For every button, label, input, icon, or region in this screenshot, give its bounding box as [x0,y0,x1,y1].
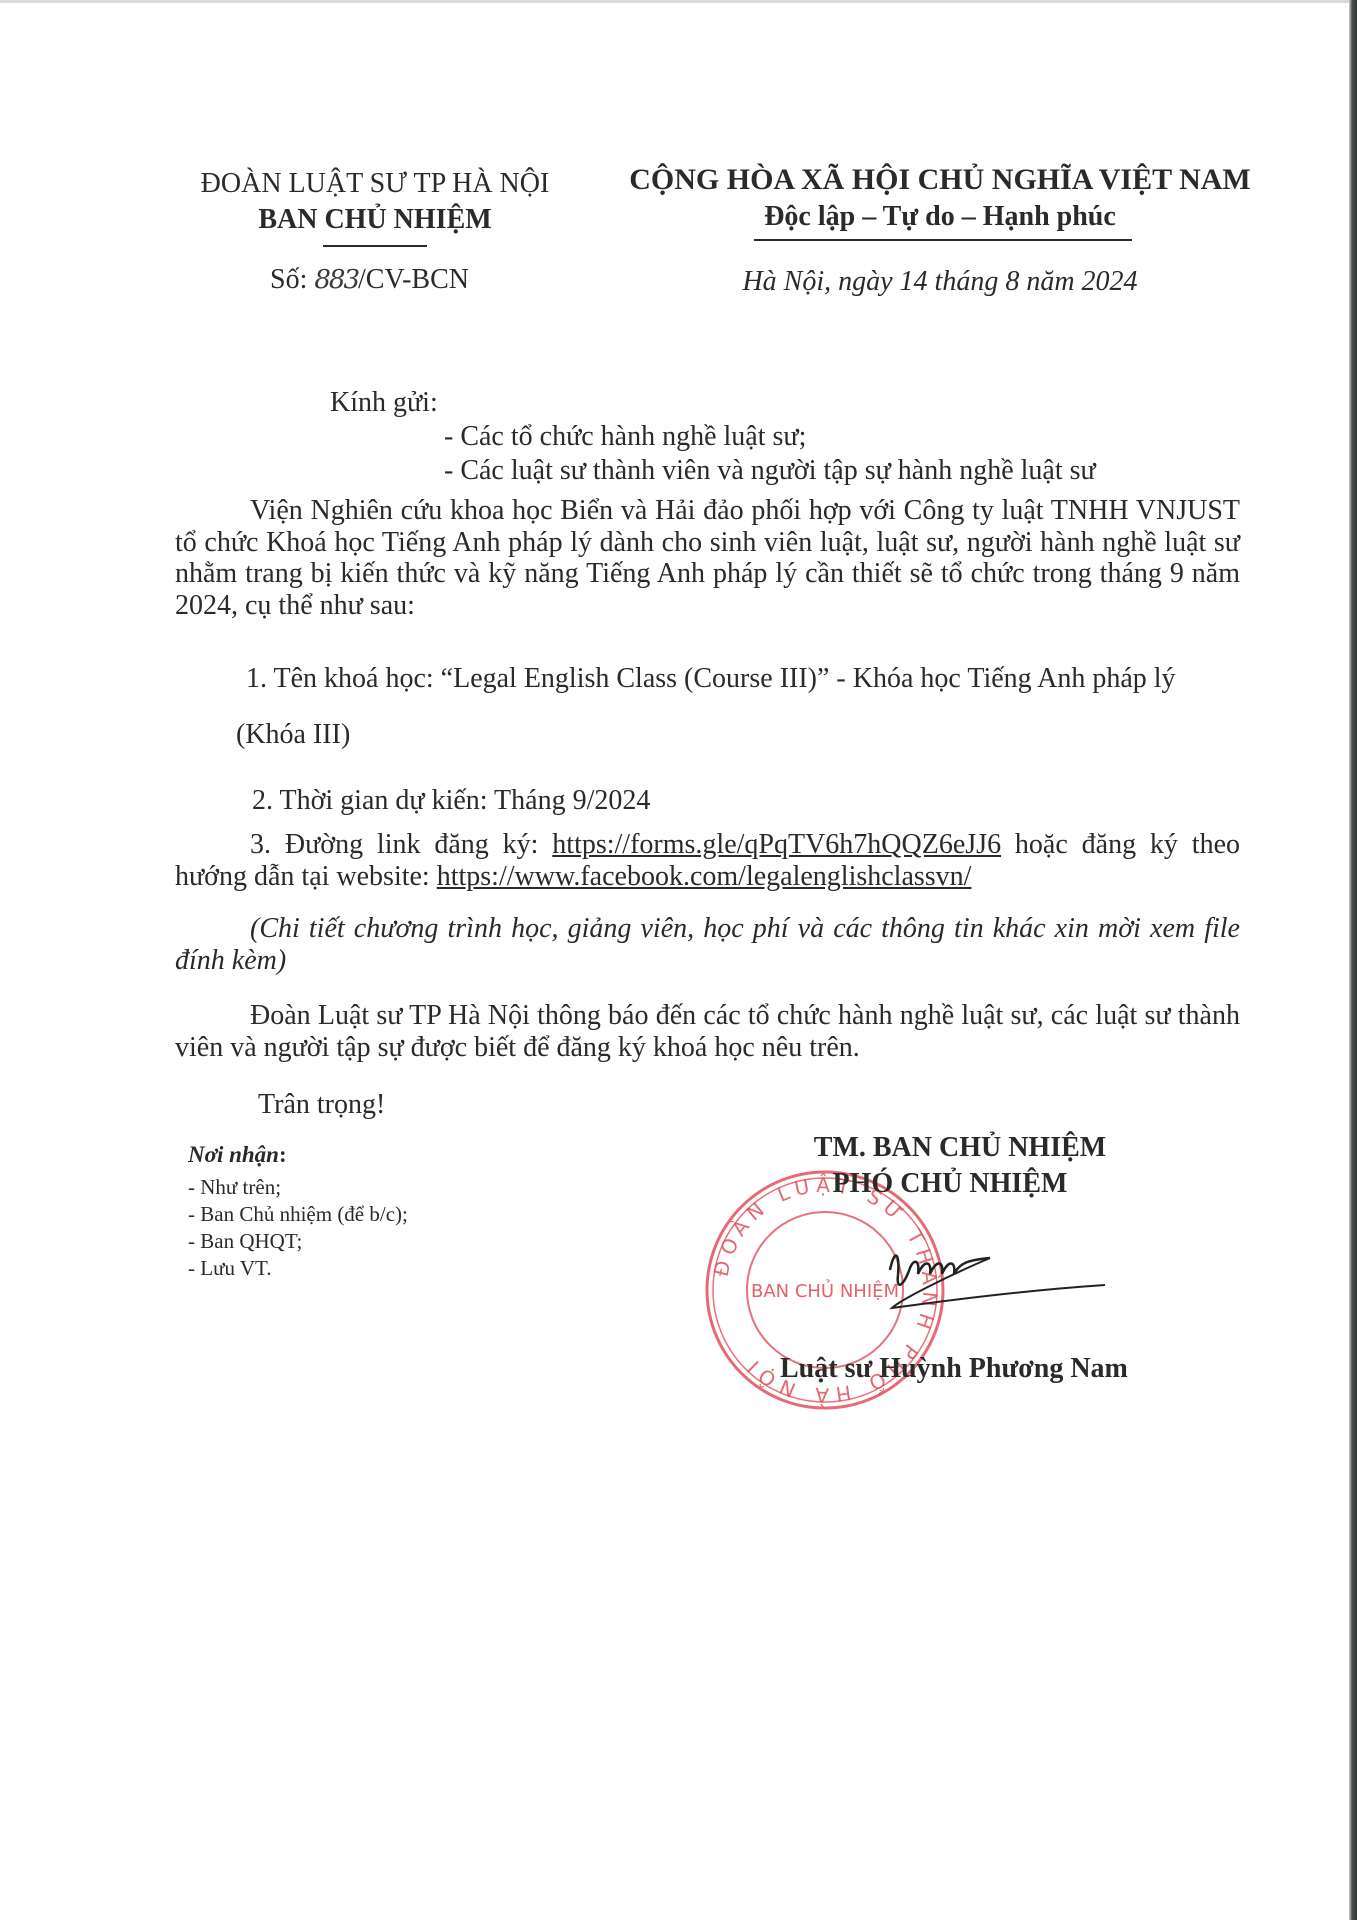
recipient-item: - Như trên; [188,1175,281,1200]
header-left-rule [323,245,427,247]
document-number: Số: 883/CV-BCN [270,264,469,296]
organization-name: ĐOÀN LUẬT SƯ TP HÀ NỘI [188,168,562,200]
scan-border-right [1349,0,1357,1920]
national-title: CỘNG HÒA XÃ HỘI CHỦ NGHĨA VIỆT NAM [620,163,1260,197]
recipients-title: Nơi nhận: [188,1142,287,1168]
intro-paragraph: Viện Nghiên cứu khoa học Biển và Hải đảo… [175,495,1240,621]
scan-border-top [0,0,1357,3]
doc-number-suffix: /CV-BCN [358,264,469,295]
closing-text: Đoàn Luật sư TP Hà Nội thông báo đến các… [175,1000,1240,1063]
signature-on-behalf: TM. BAN CHỦ NHIỆM [700,1132,1220,1164]
registration-label: 3. Đường link đăng ký: [250,829,552,860]
recipient-item: - Ban Chủ nhiệm (để b/c); [188,1202,408,1227]
course-name-continuation: (Khóa III) [236,720,350,750]
recipient-item: - Lưu VT. [188,1256,272,1281]
doc-number-prefix: Số: [270,264,314,295]
facebook-page-link[interactable]: https://www.facebook.com/legalenglishcla… [437,861,972,892]
closing-paragraph: Đoàn Luật sư TP Hà Nội thông báo đến các… [175,1000,1240,1063]
handwritten-signature [880,1230,1110,1330]
regards: Trân trọng! [258,1090,385,1120]
addressee-item: - Các tổ chức hành nghề luật sư; [444,422,806,452]
course-time: 2. Thời gian dự kiến: Tháng 9/2024 [252,786,650,816]
course-name-line: 1. Tên khoá học: “Legal English Class (C… [246,664,1176,694]
national-motto: Độc lập – Tự do – Hạnh phúc [620,201,1260,233]
header-right-rule [754,239,1132,241]
stamp-inner-text: BAN CHỦ NHIỆM [751,1279,899,1302]
attachment-note: (Chi tiết chương trình học, giảng viên, … [175,913,1240,976]
attachment-note-text: (Chi tiết chương trình học, giảng viên, … [175,913,1240,976]
registration-paragraph: 3. Đường link đăng ký: https://forms.gle… [175,829,1240,892]
intro-text: Viện Nghiên cứu khoa học Biển và Hải đảo… [175,495,1240,621]
addressee-item: - Các luật sư thành viên và người tập sự… [444,456,1096,486]
department-name: BAN CHỦ NHIỆM [188,204,562,236]
registration-form-link[interactable]: https://forms.gle/qPqTV6h7hQQZ6eJJ6 [552,829,1001,860]
greeting: Kính gửi: [330,388,438,418]
signature-position: PHÓ CHỦ NHIỆM [690,1168,1210,1200]
recipient-item: - Ban QHQT; [188,1229,302,1254]
doc-number-handwritten: 883 [314,265,358,295]
signer-name: Luật sư Huỳnh Phương Nam [780,1353,1128,1385]
date-line: Hà Nội, ngày 14 tháng 8 năm 2024 [620,266,1260,298]
